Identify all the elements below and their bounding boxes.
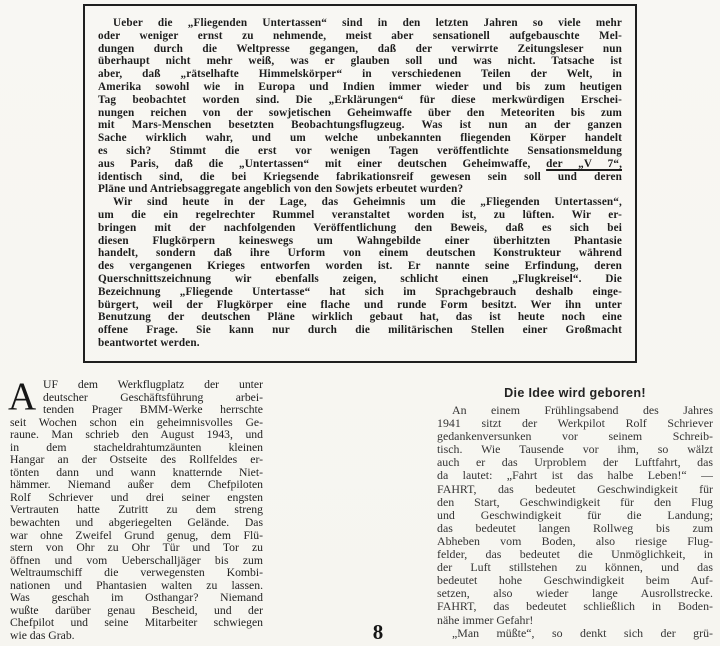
text-line: da lautet: „Fahrt ist das halbe Leben!“ … [437,469,713,482]
text-line: nationen und Phantasien walten zu lassen… [10,580,263,593]
text-segment: identisch sind, die bei Kriegsende fabri… [98,171,558,183]
text-line: offene Frage. Sie kann nur durch die mil… [98,324,622,337]
text-line: des vergangenen Krieges entworfen worden… [98,260,622,273]
text-line: aus Paris, daß die „Untertassen“ mit ein… [98,158,622,171]
text-line: Tag beobachtet worden sind. Die „Erkläru… [98,94,622,107]
text-line: gedankenversunken vor seinem Schreib- [437,430,713,443]
text-line: bewachten und abgeriegelten Gelände. Das [10,517,263,530]
text-line: bedeutet hohe Geschwindigkeit beim Auf- [437,574,713,587]
text-line: identisch sind, die bei Kriegsende fabri… [98,171,622,184]
text-line: „Man müßte“, so denkt sich der grü- [437,627,713,640]
text-line: Chefpilot und seine Mitarbeiter schwiege… [10,617,263,630]
text-line: nungen reichen von der sowjetischen Gehe… [98,107,622,120]
text-line: der Luft stillstehen zu können, und das [437,561,713,574]
text-line: diesen Flugkörpern keineswegs um Wahngeb… [98,235,622,248]
text-line: Querschnittszeichnung wir ebenfalls zeig… [98,273,622,286]
text-line: FAHRT, das bedeutet schließlich in Boden… [437,600,713,613]
text-line: Rolf Schriever und drei seiner engsten [10,492,263,505]
text-line: das bedeutet langen Rollweg bis zum [437,522,713,535]
text-line: Sache wirklich wahr, und um welche unbek… [98,132,622,145]
text-line: dungen durch die Weltpresse gegangen, da… [98,43,622,56]
text-segment: der „V 7“, [546,158,622,170]
text-line: mit Mars-Menschen besetzten Beobachtungs… [98,119,622,132]
text-line: nähe immer Gefahr! [437,614,713,627]
text-line: es sich? Stimmt die erst vor wenigen Tag… [98,145,622,158]
text-line: Hangar an der Ostseite des Rollfeldes er… [10,454,263,467]
text-line: Weltraumschiff die verwegensten Kombi- [10,567,263,580]
text-line: tisch. Wie Tausende vor ihm, so wälzt [437,443,713,456]
text-line: An einem Frühlingsabend des Jahres [437,404,713,417]
text-line: auch er das Urproblem der Luftfahrt, das [437,456,713,469]
text-line: hämmer. Niemand außer dem Chefpiloten [10,479,263,492]
left-column-lines: UF dem Werkflugplatz der unterdeutscher … [10,379,263,642]
text-line: aber, daß „rätselhafte Himmelskörper“ in… [98,68,622,81]
text-line: Vertrauten hatte Zutritt zu dem streng [10,504,263,517]
text-segment: aus Paris, daß die „Untertassen“ mit ein… [98,158,546,170]
text-line: seit Wochen schon ein geheimnisvolles Ge… [10,417,263,430]
section-heading: Die Idee wird geboren! [437,386,713,400]
text-line: stern von Ohr zu Ohr Tür und Tor zu [10,542,263,555]
scanned-document-page: Ueber die „Fliegenden Untertassen“ sind … [0,0,720,646]
text-line: Was geschah im Osthangar? Niemand [10,592,263,605]
text-line: Bezeichnung „Fliegende Untertasse“ hat s… [98,286,622,299]
text-line: und Geschwindigkeit für die Landung; [437,509,713,522]
text-line: überhaupt nicht mehr weiß, was er glaube… [98,55,622,68]
right-column: Die Idee wird geboren! An einem Frühling… [437,386,713,640]
text-line: raune. Man schrieb den August 1943, und [10,429,263,442]
text-line: tenden Prager BMM-Werke herrschte [10,404,263,417]
text-line: Amerika sowohl wie in Europa und Indien … [98,81,622,94]
text-line: Pläne und Antriebsaggregate angeblich vo… [98,183,622,196]
text-line: Benutzung der deutschen Pläne wirklich g… [98,311,622,324]
text-line: öffnen und vom Ueberschalljäger bis zum [10,555,263,568]
text-line: wußte darüber genau Bescheid, und der [10,605,263,618]
text-line: oder weniger ernst zu nehmende, meist ab… [98,30,622,43]
text-line: wie das Grab. [10,630,263,643]
text-line: beantwortet werden. [98,337,622,350]
text-line: tönten dann und wann knatternde Niet- [10,467,263,480]
text-line: deutscher Geschäftsführung arbei- [10,392,263,405]
text-line: Wir sind heute in der Lage, das Geheimni… [98,196,622,209]
text-line: felder, das bedeutet die Unmöglichkeit, … [437,548,713,561]
left-column: UF dem Werkflugplatz der unterdeutscher … [10,379,263,642]
text-line: Ueber die „Fliegenden Untertassen“ sind … [98,17,622,30]
text-line: handelt, sondern daß ihre Urform von ein… [98,247,622,260]
text-line: bringen mit der nachfolgenden Veröffentl… [98,222,622,235]
text-line: FAHRT, das bedeutet Geschwindigkeit für [437,483,713,496]
text-line: setzen, also wieder lange Ausrollstrecke… [437,587,713,600]
text-line: 1941 sitzt der Werkpilot Rolf Schriever [437,417,713,430]
page-number: 8 [357,620,399,645]
intro-text-box: Ueber die „Fliegenden Untertassen“ sind … [83,4,637,363]
text-segment: und deren [558,171,622,183]
text-line: in dem stacheldrahtumzäunten kleinen [10,442,263,455]
text-line: um die ein regelrechter Rummel veranstal… [98,209,622,222]
right-column-lines: An einem Frühlingsabend des Jahres1941 s… [437,404,713,640]
text-line: Abheben vom Boden, also riesige Flug- [437,535,713,548]
text-line: den Start, Geschwindigkeit für den Flug [437,496,713,509]
text-line: war ohne Zweifel Grund genug, dem Flü- [10,530,263,543]
intro-text-lines: Ueber die „Fliegenden Untertassen“ sind … [98,17,622,350]
text-line: bürgert, weil der Flugkörper eine flache… [98,299,622,312]
text-line: UF dem Werkflugplatz der unter [10,379,263,392]
